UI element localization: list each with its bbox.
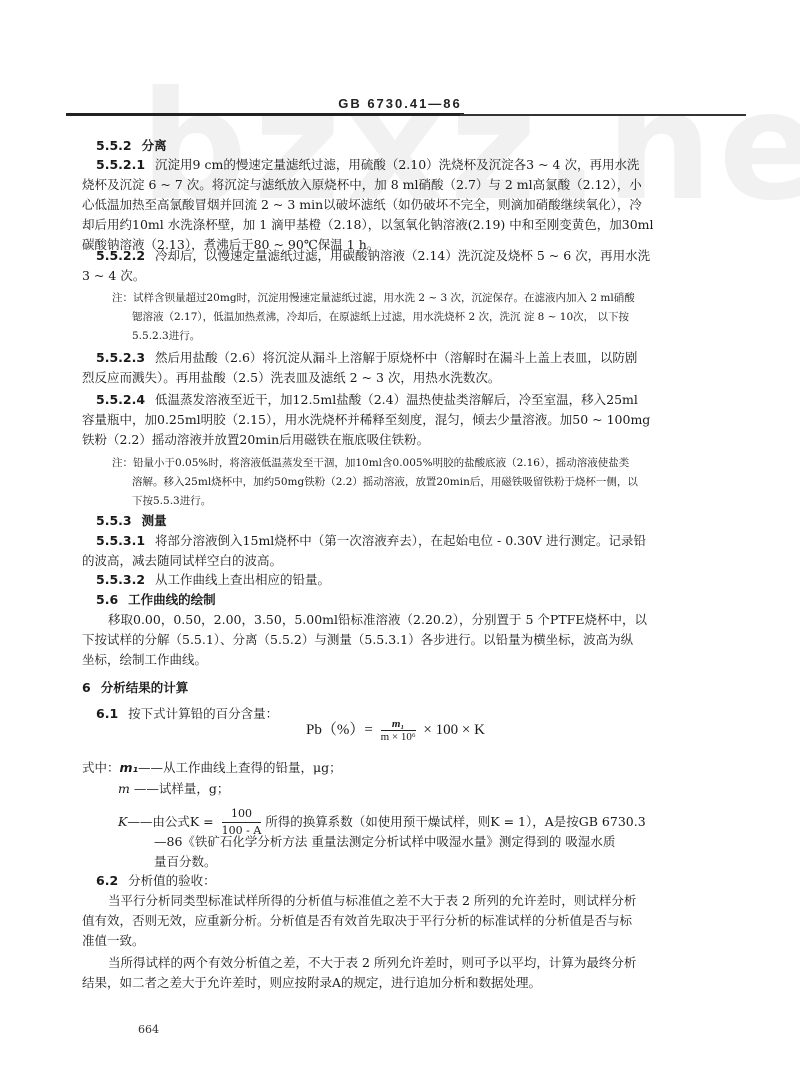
section-heading-6: 6分析结果的计算 [82,680,188,696]
text-line: 准值一致。 [82,933,145,949]
text-line: 下按试样的分解（5.5.1）、分离（5.5.2）与测量（5.5.3.1）各步进行… [82,632,633,648]
text-line: 容量瓶中，加0.25ml明胶（2.15），用水洗烧杯并稀释至刻度，混匀，倾去少量… [82,412,650,428]
lead-percentage-formula: Pb（%）= m₁ m × 10⁶ × 100 × K [306,718,485,743]
paragraph-5-5-2-1: 5.5.2.1沉淀用9 cm的慢速定量滤纸过滤，用硫酸（2.10）洗烧杯及沉淀各… [96,157,639,173]
paragraph-5-5-2-3: 5.5.2.3然后用盐酸（2.6）将沉淀从漏斗上溶解于原烧杯中（溶解时在漏斗上盖… [96,350,637,366]
paragraph-5-5-3-1: 5.5.3.1将部分溶液倒入15ml烧杯中（第一次溶液弃去），在起始电位 - 0… [96,533,646,549]
text-line: 烧杯及沉淀 6 ~ 7 次。将沉淀与滤纸放入原烧杯中，加 8 ml硝酸（2.7）… [82,177,642,193]
text-line: 量百分数。 [154,854,217,870]
paragraph-5-5-2-2: 5.5.2.2冷却后，以慢速定量滤纸过滤，用碳酸钠溶液（2.14）洗沉淀及烧杯 … [96,248,650,264]
section-heading-5-6: 5.6工作曲线的绘制 [96,592,216,608]
standard-code-header: GB 6730.41—86 [0,96,800,111]
note-5-5-2-2: 注：试样含钡量超过20mg时，沉淀用慢速定量滤纸过滤，用水洗 2 ~ 3 次，沉… [112,290,635,306]
paragraph-6-1: 6.1按下式计算铅的百分含量： [96,706,278,722]
text-line: 当平行分析同类型标准试样所得的分析值与标准值之差不大于表 2 所列的允许差时，则… [108,893,636,909]
page-number: 664 [138,1023,159,1036]
paragraph-5-5-3-2: 5.5.3.2从工作曲线上查出相应的铅量。 [96,572,330,588]
header-rule [66,113,464,116]
document-page: bzxz.net GB 6730.41—86 5.5.2分离 5.5.2.1沉淀… [0,0,800,1079]
text-line: 坐标，绘制工作曲线。 [82,652,207,668]
text-line: —86《铁矿石化学分析方法 重量法测定分析试样中吸湿水量》测定得到的 吸湿水质 [154,834,615,850]
text-line: 的波高，减去随同试样空白的波高。 [82,553,282,569]
note-line: 溶解。移入25ml烧杯中，加约50mg铁粉（2.2）摇动溶液，放置20min后，… [132,474,638,490]
text-line: 移取0.00，0.50，2.00，3.50，5.00ml铅标准溶液（2.20.2… [108,612,647,628]
section-heading-5-5-3: 5.5.3测量 [96,513,167,529]
definition-m1: 式中：m₁——从工作曲线上查得的铅量，μg； [82,760,342,776]
text-line: 铁粉（2.2）摇动溶液并放置20min后用磁铁在瓶底吸住铁粉。 [82,432,429,448]
text-line: 3 ~ 4 次。 [82,268,145,284]
note-line: 5.5.2.3进行。 [132,328,200,344]
note-5-5-2-4: 注：铅量小于0.05%时，将溶液低温蒸发至干涸，加10ml含0.005%明胶的盐… [112,455,629,471]
definition-m: m ——试样量，g； [118,781,229,797]
formula-fraction: m₁ m × 10⁶ [381,718,416,743]
text-line: 却后用约10ml 水洗涤杯壁，加 1 滴甲基橙（2.18），以氢氧化钠溶液(2.… [82,217,654,233]
header-rule [460,114,746,116]
paragraph-6-2: 6.2分析值的验收： [96,873,216,889]
note-line: 锶溶液（2.17），低温加热煮沸，冷却后，在原滤纸上过滤，用水洗烧杯 2 次，洗… [132,309,629,325]
text-line: 当所得试样的两个有效分析值之差，不大于表 2 所列允许差时，则可予以平均，计算为… [108,955,636,971]
text-line: 烈反应而溅失）。再用盐酸（2.5）洗表皿及滤纸 2 ~ 3 次，用热水洗数次。 [82,370,500,386]
text-line: 结果，如二者之差大于允许差时，则应按附录A的规定，进行追加分析和数据处理。 [82,975,541,991]
section-heading-5-5-2: 5.5.2分离 [96,138,167,154]
text-line: 值有效，否则无效，应重新分析。分析值是否有效首先取决于平行分析的标准试样的分析值… [82,913,632,929]
text-line: 心低温加热至高氯酸冒烟并回流 2 ~ 3 min以破坏滤纸（如仍破坏不完全，则滴… [82,197,642,213]
paragraph-5-5-2-4: 5.5.2.4低温蒸发溶液至近干，加12.5ml盐酸（2.4）温热使盐类溶解后，… [96,392,638,408]
note-line: 下按5.5.3进行。 [132,493,211,509]
